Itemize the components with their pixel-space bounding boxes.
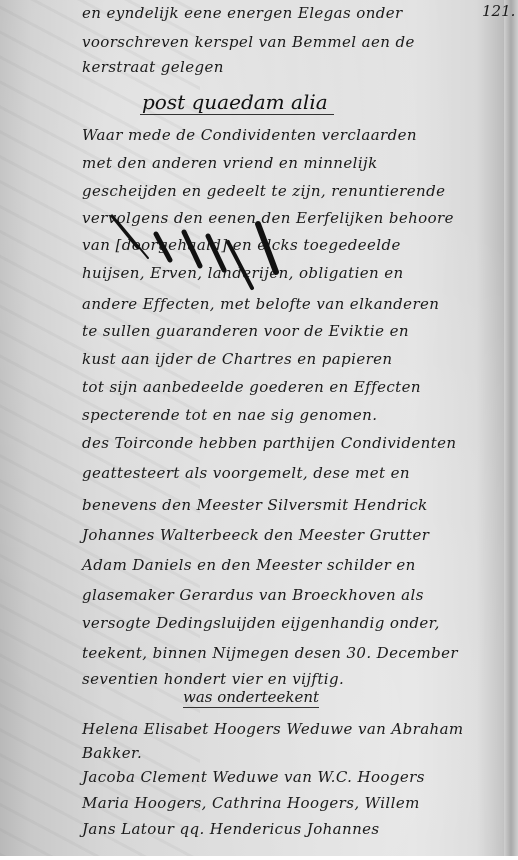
text-line: glasemaker Gerardus van Broeckhoven als [82, 586, 424, 604]
text-line: kerstraat gelegen [82, 58, 224, 76]
signature-line: Jacoba Clement Weduwe van W.C. Hoogers [82, 768, 425, 786]
text-line: Johannes Walterbeeck den Meester Grutter [82, 526, 429, 544]
signature-line: Helena Elisabet Hoogers Weduwe van Abrah… [82, 720, 464, 738]
signature-line: Maria Hoogers, Cathrina Hoogers, Willem [82, 794, 420, 812]
signed-heading: was onderteekent [183, 688, 319, 708]
text-line: Adam Daniels en den Meester schilder en [82, 556, 416, 574]
text-line: specterende tot en nae sig genomen. [82, 406, 377, 424]
manuscript-page: 121. en eyndelijk eene energen Elegas on… [0, 0, 518, 856]
text-line: voorschreven kerspel van Bemmel aen de [82, 33, 415, 51]
text-line: andere Effecten, met belofte van elkande… [82, 295, 439, 313]
text-line: teekent, binnen Nijmegen desen 30. Decem… [82, 644, 458, 662]
text-line: en eyndelijk eene energen Elegas onder [82, 4, 403, 22]
text-line: seventien hondert vier en vijftig. [82, 670, 344, 688]
text-line: kust aan ijder de Chartres en papieren [82, 350, 393, 368]
signature-line: Bakker. [82, 744, 142, 762]
text-line: geattesteert als voorgemelt, dese met en [82, 464, 410, 482]
text-line: gescheijden en gedeelt te zijn, renuntie… [82, 182, 445, 200]
scan-border [0, 856, 518, 860]
text-line: te sullen guaranderen voor de Eviktie en [82, 322, 409, 340]
strikeout-marks [108, 212, 308, 292]
page-number: 121. [482, 2, 515, 20]
text-line: tot sijn aanbedeelde goederen en Effecte… [82, 378, 421, 396]
section-heading: post quaedam alia [140, 90, 334, 115]
text-line: Waar mede de Condividenten verclaarden [82, 126, 417, 144]
text-line: versogte Dedingsluijden eijgenhandig ond… [82, 614, 440, 632]
text-line: des Toirconde hebben parthijen Condivide… [82, 434, 456, 452]
binding-spine [504, 0, 518, 856]
text-line: benevens den Meester Silversmit Hendrick [82, 496, 428, 514]
text-line: met den anderen vriend en minnelijk [82, 154, 378, 172]
signature-line: Jans Latour qq. Hendericus Johannes [82, 820, 380, 838]
